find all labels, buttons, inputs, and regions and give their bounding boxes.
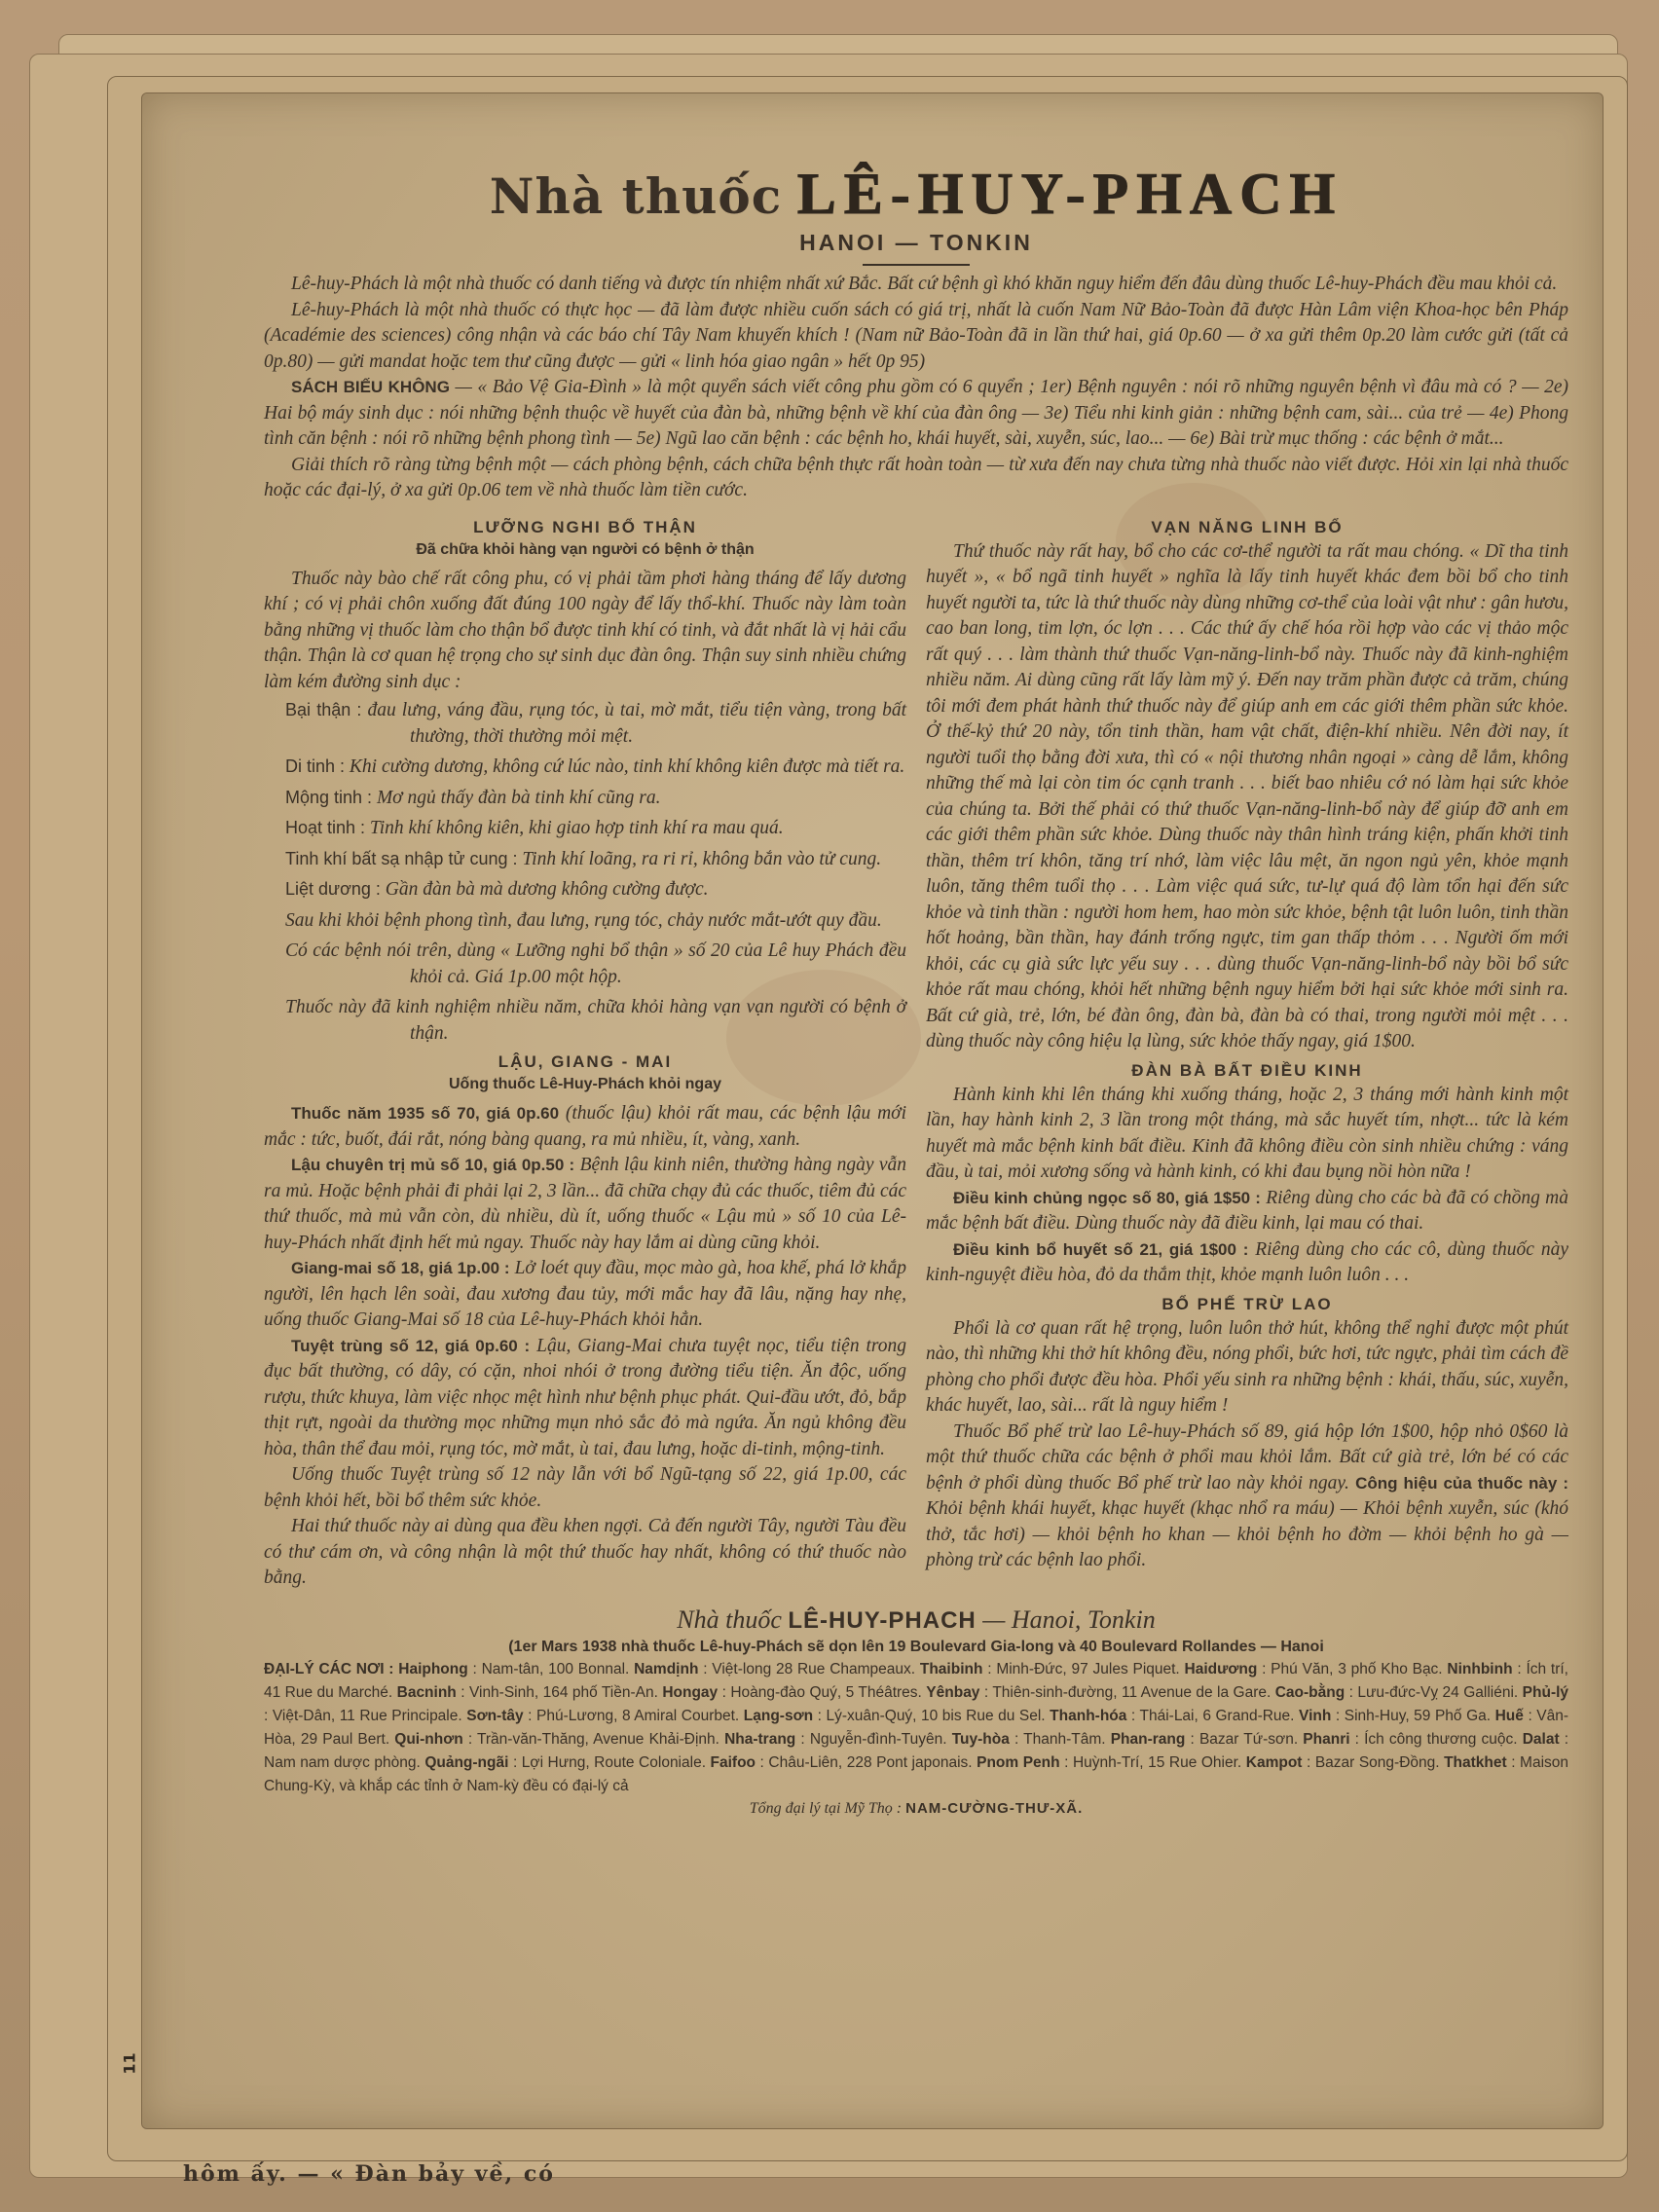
page-subtitle: HANOI — TONKIN — [264, 230, 1568, 256]
product-paragraph: Tuyệt trùng số 12, giá 0p.60 : Lậu, Gian… — [264, 1334, 906, 1463]
page-content: Nhà thuốc LÊ-HUY-PHACH HANOI — TONKIN Lê… — [264, 162, 1568, 1818]
product-paragraph: Điều kinh chủng ngọc số 80, giá 1$50 : R… — [926, 1186, 1568, 1237]
title-rule — [863, 264, 970, 266]
agent-address: Lưu-đức-Vỵ 24 Galliéni. — [1357, 1684, 1518, 1701]
agent-address: Bazar Song-Đồng. — [1315, 1754, 1440, 1771]
intro-text: — « Bảo Vệ Gia-Đình » là một quyển sách … — [264, 377, 1568, 449]
footer-name: LÊ-HUY-PHACH — [788, 1607, 976, 1634]
agent-address: Minh-Đức, 97 Jules Piquet. — [996, 1661, 1179, 1677]
product-text: Khỏi bệnh khái huyết, khạc huyết (khạc n… — [926, 1498, 1568, 1570]
agent-address: Thanh-Tâm. — [1023, 1731, 1105, 1748]
product-paragraph: Uống thuốc Tuyệt trùng số 12 này lẫn với… — [264, 1462, 906, 1514]
agent-address: Nam-tân, 100 Bonnal. — [482, 1661, 630, 1677]
page-title: Nhà thuốc LÊ-HUY-PHACH — [264, 162, 1568, 226]
agent-address: Việt-Dân, 11 Rue Principale. — [273, 1708, 462, 1724]
title-name: LÊ-HUY-PHACH — [797, 162, 1343, 226]
agent-city: Qui-nhơn — [394, 1731, 462, 1748]
agent-city: Nha-trang — [724, 1731, 795, 1748]
product-lead: Giang-mai số 18, giá 1p.00 : — [291, 1259, 510, 1277]
section-body: Hành kinh khi lên tháng khi xuống tháng,… — [926, 1083, 1568, 1186]
section-body: Thuốc Bổ phế trừ lao Lê-huy-Phách số 89,… — [926, 1419, 1568, 1574]
agent-address: Trần-văn-Thăng, Avenue Khải-Định. — [477, 1731, 719, 1748]
agent-address: Thái-Lai, 6 Grand-Rue. — [1140, 1708, 1295, 1724]
agent-address: Hoàng-đào Quý, 5 Théâtres. — [730, 1684, 922, 1701]
relocation-notice: (1er Mars 1938 nhà thuốc Lê-huy-Phách sẽ… — [264, 1639, 1568, 1656]
agent-city: Tuy-hòa — [952, 1731, 1010, 1748]
symptom-entry: Có các bệnh nói trên, dùng « Lưỡng nghi … — [264, 938, 906, 990]
agent-address: Vinh-Sinh, 164 phố Tiền-An. — [469, 1684, 658, 1701]
section-body: Thứ thuốc này rất hay, bổ cho các cơ-thể… — [926, 539, 1568, 1055]
symptom-desc: đau lưng, váng đầu, rụng tóc, ù tai, mờ … — [367, 700, 906, 747]
symptom-entry: Liệt dương : Gần đàn bà mà dương không c… — [264, 876, 906, 903]
product-paragraph: Giang-mai số 18, giá 1p.00 : Lở loét quy… — [264, 1256, 906, 1334]
agent-city: Pnom Penh — [977, 1754, 1059, 1771]
symptom-desc: Tinh khí loãng, ra ri rỉ, không bắn vào … — [522, 849, 881, 869]
product-lead: Công hiệu của thuốc này : — [1355, 1474, 1568, 1493]
agent-address: Bazar Tứ-sơn. — [1199, 1731, 1298, 1748]
agent-city: Thaibinh — [920, 1661, 983, 1677]
intro-paragraph: Lê-huy-Phách là một nhà thuốc có thực họ… — [264, 298, 1568, 376]
symptom-desc: Gần đàn bà mà dương không cường được. — [386, 879, 709, 900]
symptom-entry: Di tinh : Khi cường dương, không cứ lúc … — [264, 754, 906, 781]
agent-city: Vinh — [1299, 1708, 1331, 1724]
agent-city: Thanh-hóa — [1050, 1708, 1126, 1724]
symptom-desc: Tinh khí không kiên, khi giao hợp tinh k… — [370, 818, 784, 838]
agent-city: Namdịnh — [634, 1661, 698, 1677]
title-prefix: Nhà thuốc — [490, 167, 782, 225]
footer-prefix: Nhà thuốc — [677, 1605, 782, 1634]
agent-city: Dalat — [1523, 1731, 1560, 1748]
general-agent-name: NAM-CƯỜNG-THƯ-XÃ. — [905, 1800, 1083, 1817]
symptom-term: Liệt dương : — [285, 879, 381, 899]
agent-city: Yênbay — [926, 1684, 979, 1701]
agent-address: Phú Văn, 3 phố Kho Bạc. — [1271, 1661, 1442, 1677]
agent-city: Haiphong — [398, 1661, 467, 1677]
underlying-page-text: hôm ấy. — « Đàn bảy về, có — [183, 2161, 555, 2187]
product-lead: Tuyệt trùng số 12, giá 0p.60 : — [291, 1337, 530, 1355]
page-edge-number: 11 — [121, 2052, 139, 2074]
symptom-desc: Khi cường dương, không cứ lúc nào, tinh … — [350, 756, 904, 777]
product-paragraph: Thuốc năm 1935 số 70, giá 0p.60 (thuốc l… — [264, 1101, 906, 1153]
intro-paragraph: Lê-huy-Phách là một nhà thuốc có danh ti… — [264, 272, 1568, 298]
advertisement-page: Nhà thuốc LÊ-HUY-PHACH HANOI — TONKIN Lê… — [141, 92, 1604, 2129]
general-agent-label: Tổng đại lý tại Mỹ Thọ : — [750, 1800, 902, 1817]
product-paragraph: Hai thứ thuốc này ai dùng qua đều khen n… — [264, 1514, 906, 1592]
symptom-entry: Mộng tinh : Mơ ngủ thấy đàn bà tinh khí … — [264, 785, 906, 812]
section-subheading: Đã chữa khỏi hàng vạn người có bệnh ở th… — [264, 541, 906, 559]
footer-title: Nhà thuốc LÊ-HUY-PHACH — Hanoi, Tonkin — [264, 1605, 1568, 1635]
agent-address: Ích công thương cuộc. — [1364, 1731, 1517, 1748]
product-lead: Điều kinh chủng ngọc số 80, giá 1$50 : — [953, 1189, 1261, 1207]
symptom-desc: Thuốc này đã kinh nghiệm nhiều năm, chữa… — [285, 997, 906, 1044]
product-paragraph: Điều kinh bổ huyết số 21, giá 1$00 : Riê… — [926, 1237, 1568, 1289]
agent-city: Phủ-lý — [1523, 1684, 1568, 1701]
agent-city: Phan-rang — [1111, 1731, 1186, 1748]
agent-city: Ninhbinh — [1447, 1661, 1512, 1677]
symptom-term: Di tinh : — [285, 756, 345, 776]
agent-city: Sơn-tây — [466, 1708, 523, 1724]
product-paragraph: Lậu chuyên trị mủ số 10, giá 0p.50 : Bện… — [264, 1153, 906, 1256]
intro-paragraph: Giải thích rõ ràng từng bệnh một — cách … — [264, 453, 1568, 504]
agent-city: Hongay — [662, 1684, 718, 1701]
agent-address: Việt-long 28 Rue Champeaux. — [712, 1661, 915, 1677]
section-heading: LƯỠNG NGHI BỔ THẬN — [264, 518, 906, 537]
symptom-desc: Có các bệnh nói trên, dùng « Lưỡng nghi … — [285, 940, 906, 987]
two-column-body: LƯỠNG NGHI BỔ THẬN Đã chữa khỏi hàng vạn… — [264, 512, 1568, 1592]
agent-address: Nam nam dược phòng. — [264, 1754, 421, 1771]
agent-city: Kampot — [1246, 1754, 1303, 1771]
section-body: Thuốc này bào chế rất công phu, có vị ph… — [264, 567, 906, 696]
agent-city: Lạng-sơn — [744, 1708, 813, 1724]
agent-city: Huế — [1495, 1708, 1524, 1724]
symptom-term: Tinh khí bất sạ nhập tử cung : — [285, 849, 518, 868]
agents-label: ĐẠI-LÝ CÁC NƠI : — [264, 1661, 393, 1677]
symptom-entry: Bại thận : đau lưng, váng đầu, rụng tóc,… — [264, 697, 906, 750]
agents-tail: và khắp các tỉnh ở Nam-kỳ đều có đại-lý … — [340, 1778, 629, 1794]
agent-city: Bacninh — [397, 1684, 457, 1701]
symptom-entry: Hoạt tinh : Tinh khí không kiên, khi gia… — [264, 815, 906, 842]
section-heading: ĐÀN BÀ BẤT ĐIỀU KINH — [926, 1061, 1568, 1081]
symptom-entry: Sau khi khỏi bệnh phong tình, đau lưng, … — [264, 907, 906, 935]
right-column: VẠN NĂNG LINH BỔ Thứ thuốc này rất hay, … — [926, 512, 1568, 1592]
agent-city: Thatkhet — [1444, 1754, 1507, 1771]
agent-address: Nguyễn-đình-Tuyên. — [810, 1731, 947, 1748]
product-lead: Lậu chuyên trị mủ số 10, giá 0p.50 : — [291, 1156, 574, 1174]
agent-list: ĐẠI-LÝ CÁC NƠI : Haiphong : Nam-tân, 100… — [264, 1658, 1568, 1798]
symptom-term: Bại thận : — [285, 700, 361, 719]
symptom-list: Bại thận : đau lưng, váng đầu, rụng tóc,… — [264, 697, 906, 1047]
product-lead: Thuốc năm 1935 số 70, giá 0p.60 — [291, 1104, 559, 1123]
agent-city: Haidương — [1185, 1661, 1258, 1677]
agent-address: Châu-Liên, 228 Pont japonais. — [768, 1754, 972, 1771]
agent-city: Faifoo — [711, 1754, 756, 1771]
product-text: Hai thứ thuốc này ai dùng qua đều khen n… — [264, 1516, 906, 1588]
product-lead: Điều kinh bổ huyết số 21, giá 1$00 : — [953, 1240, 1248, 1259]
symptom-term: Mộng tinh : — [285, 788, 372, 807]
agent-city: Phanri — [1303, 1731, 1349, 1748]
section-heading: VẠN NĂNG LINH BỔ — [926, 518, 1568, 537]
footer: Nhà thuốc LÊ-HUY-PHACH — Hanoi, Tonkin (… — [264, 1605, 1568, 1818]
symptom-entry: Thuốc này đã kinh nghiệm nhiều năm, chữa… — [264, 994, 906, 1047]
agent-address: Lý-xuân-Quý, 10 bis Rue du Sel. — [826, 1708, 1045, 1724]
intro-paragraph: SÁCH BIẾU KHÔNG — « Bảo Vệ Gia-Đình » là… — [264, 375, 1568, 453]
agent-address: Sinh-Huy, 59 Phố Ga. — [1345, 1708, 1491, 1724]
agent-address: Phú-Lương, 8 Amiral Courbet. — [536, 1708, 739, 1724]
symptom-entry: Tinh khí bất sạ nhập tử cung : Tinh khí … — [264, 846, 906, 873]
agent-city: Quảng-ngãi — [424, 1754, 508, 1771]
section-heading: BỔ PHẾ TRỪ LAO — [926, 1295, 1568, 1314]
general-agent: Tổng đại lý tại Mỹ Thọ : NAM-CƯỜNG-THƯ-X… — [264, 1800, 1568, 1818]
section-subheading: Uống thuốc Lê-Huy-Phách khỏi ngay — [264, 1076, 906, 1093]
footer-location: — Hanoi, Tonkin — [982, 1605, 1155, 1634]
symptom-desc: Mơ ngủ thấy đàn bà tinh khí cũng ra. — [377, 788, 661, 808]
section-heading: LẬU, GIANG - MAI — [264, 1052, 906, 1072]
product-text: Uống thuốc Tuyệt trùng số 12 này lẫn với… — [264, 1464, 906, 1511]
intro-lead: SÁCH BIẾU KHÔNG — [291, 378, 450, 396]
agent-address: Lợi Hưng, Route Coloniale. — [522, 1754, 706, 1771]
symptom-term: Hoạt tinh : — [285, 818, 365, 837]
left-column: LƯỠNG NGHI BỔ THẬN Đã chữa khỏi hàng vạn… — [264, 512, 906, 1592]
agent-address: Huỳnh-Trí, 15 Rue Ohier. — [1073, 1754, 1241, 1771]
symptom-desc: Sau khi khỏi bệnh phong tình, đau lưng, … — [285, 910, 882, 931]
intro-section: Lê-huy-Phách là một nhà thuốc có danh ti… — [264, 272, 1568, 504]
agent-address: Thiên-sinh-đường, 11 Avenue de la Gare. — [992, 1684, 1271, 1701]
agent-city: Cao-bằng — [1275, 1684, 1345, 1701]
section-body: Phổi là cơ quan rất hệ trọng, luôn luôn … — [926, 1316, 1568, 1419]
masthead: Nhà thuốc LÊ-HUY-PHACH HANOI — TONKIN — [264, 162, 1568, 266]
